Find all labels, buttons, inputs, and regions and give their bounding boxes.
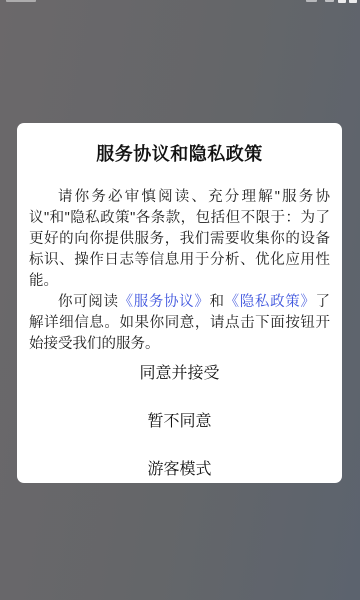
paragraph2-connector: 和 (209, 294, 224, 310)
service-agreement-link[interactable]: 《服务协议》 (119, 294, 210, 310)
disagree-button[interactable]: 暂不同意 (17, 411, 342, 433)
status-bar (0, 0, 360, 4)
agreement-paragraph: 请你务必审慎阅读、充分理解"服务协议"和"隐私政策"各条款，包括但不限于：为了更… (29, 187, 330, 292)
battery-icon (349, 0, 357, 3)
privacy-policy-dialog: 服务协议和隐私政策 请你务必审慎阅读、充分理解"服务协议"和"隐私政策"各条款，… (17, 123, 342, 483)
dialog-title: 服务协议和隐私政策 (17, 123, 342, 165)
privacy-policy-link[interactable]: 《隐私政策》 (225, 294, 316, 310)
clock-remnant (6, 0, 36, 2)
wifi-icon (325, 0, 334, 2)
links-paragraph: 你可阅读《服务协议》和《隐私政策》了解详细信息。如果你同意，请点击下面按钮开始接… (29, 292, 330, 355)
guest-mode-button[interactable]: 游客模式 (17, 459, 342, 481)
accept-button[interactable]: 同意并接受 (17, 363, 342, 385)
dialog-body: 请你务必审慎阅读、充分理解"服务协议"和"隐私政策"各条款，包括但不限于：为了更… (17, 187, 342, 355)
paragraph2-before: 你可阅读 (58, 294, 119, 310)
signal-icon (306, 0, 317, 2)
battery-icon (338, 0, 346, 3)
